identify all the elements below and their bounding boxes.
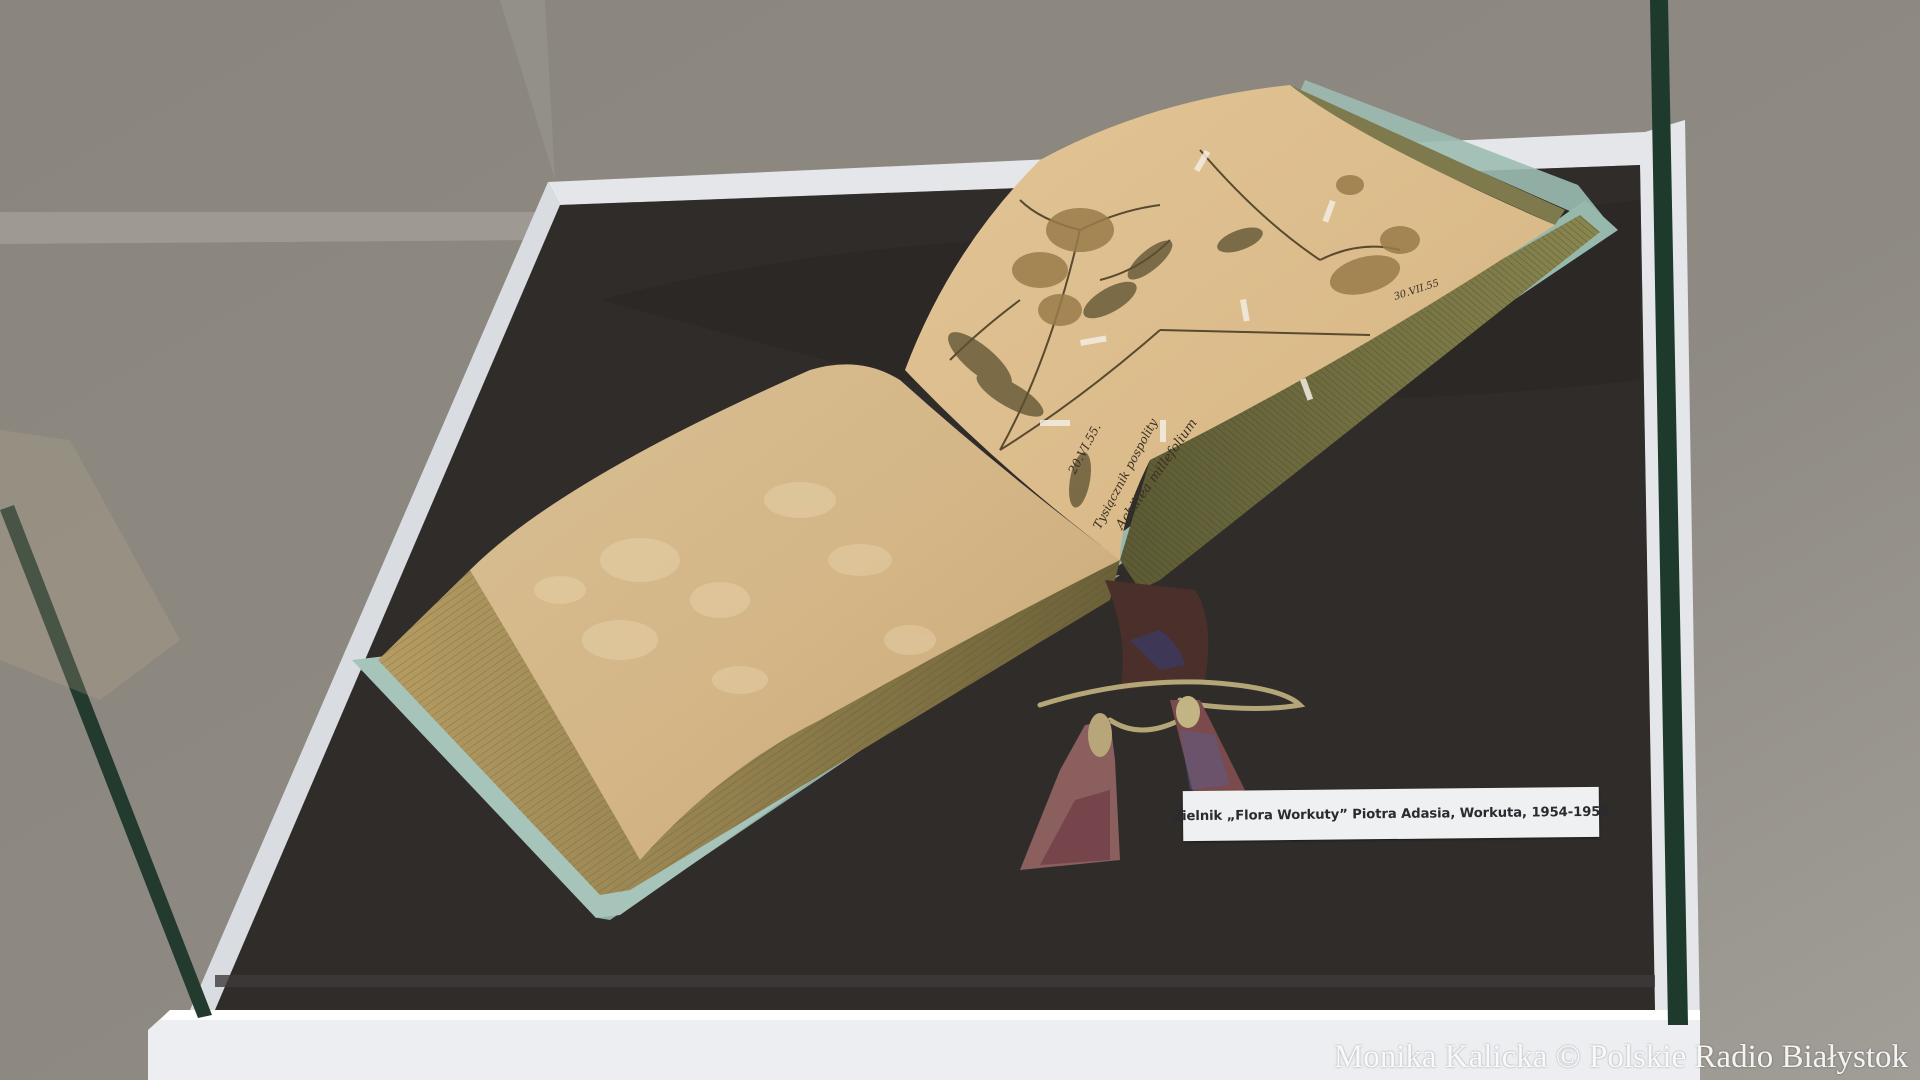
exhibit-label-text: Zielnik „Flora Workuty” Piotra Adasia, W… — [1173, 804, 1610, 824]
exhibit-label: Zielnik „Flora Workuty” Piotra Adasia, W… — [1183, 787, 1600, 841]
photo-scene: 20.VI.55. Tysiącznik pospolity Achillea … — [0, 0, 1920, 1080]
photo-credit-watermark: Monika Kalicka © Polskie Radio Białystok — [1334, 1039, 1908, 1076]
display-case-illustration: 20.VI.55. Tysiącznik pospolity Achillea … — [0, 0, 1920, 1080]
